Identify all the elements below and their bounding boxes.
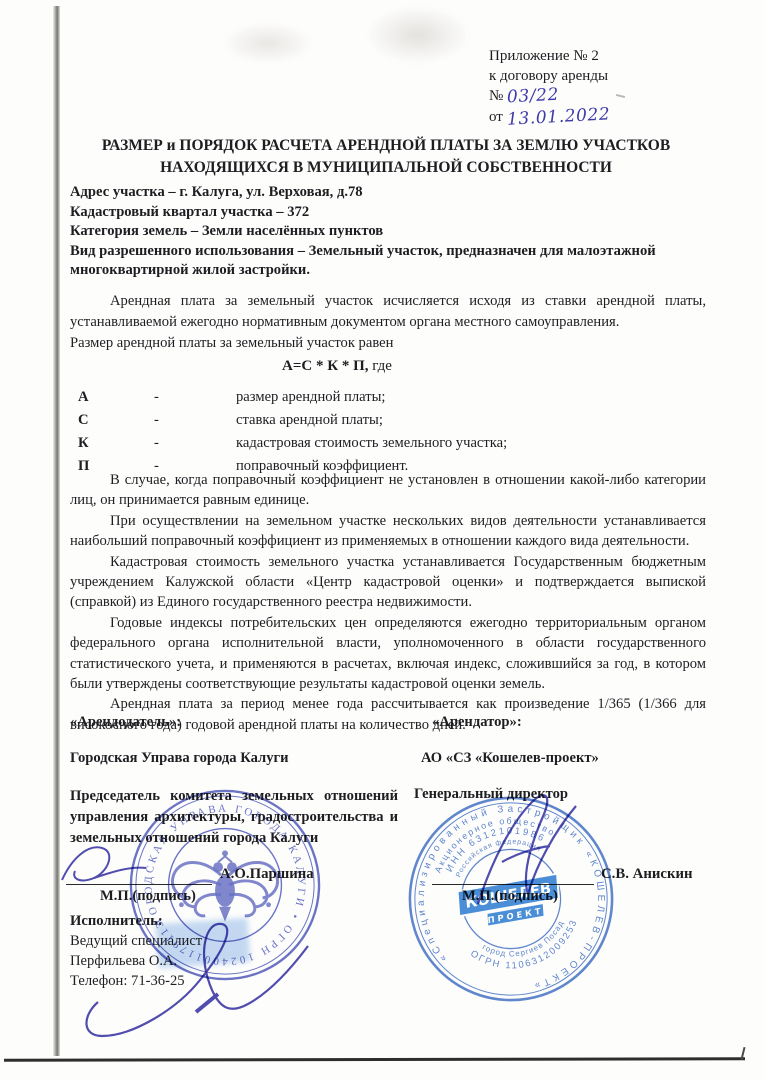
formula-suffix: где (369, 358, 392, 374)
double-eagle-icon (172, 850, 277, 921)
body-paragraph: В случае, когда поправочный коэффициент … (70, 470, 706, 511)
intro-paragraph: Арендная плата за земельный участок исчи… (70, 291, 706, 333)
definition-text: размер арендной платы; (236, 386, 638, 409)
body-paragraphs: В случае, когда поправочный коэффициент … (70, 470, 706, 735)
scan-smudge (222, 22, 314, 64)
definition-dash: - (154, 409, 236, 432)
plot-quarter: Кадастровый квартал участка – 372 (70, 203, 706, 223)
scan-speck (616, 94, 625, 98)
lessee-handwritten-signature (468, 784, 593, 912)
definition-term: С (78, 409, 154, 432)
lessee-label: «Арендатор»: (432, 714, 522, 731)
intro-line2: Размер арендной платы за земельный участ… (70, 333, 706, 354)
lessor-label: «Арендодатель»: (70, 714, 181, 731)
to-contract-line: к договору аренды (489, 67, 610, 87)
definition-dash: - (154, 432, 236, 455)
document-title-line1: РАЗМЕР и ПОРЯДОК РАСЧЕТА АРЕНДНОЙ ПЛАТЫ … (70, 135, 702, 157)
appendix-header: Приложение № 2 к договору аренды № 03/22… (489, 47, 610, 127)
contract-number-label: № (489, 88, 503, 104)
scan-left-edge-line (53, 6, 60, 1056)
contract-date-line: от 13.01.2022 (489, 107, 610, 128)
executor-handwritten-signature (78, 916, 323, 1048)
plot-usage: Вид разрешенного использования – Земельн… (70, 242, 706, 281)
document-page: Приложение № 2 к договору аренды № 03/22… (0, 0, 764, 1080)
formula-expression: А=С * К * П, (282, 358, 369, 374)
contract-number-handwritten: 03/22 (507, 86, 560, 108)
document-title: РАЗМЕР и ПОРЯДОК РАСЧЕТА АРЕНДНОЙ ПЛАТЫ … (70, 135, 702, 178)
body-paragraph: Годовые индексы потребительских цен опре… (70, 613, 706, 695)
definition-dash: - (154, 386, 236, 409)
definition-text: ставка арендной платы; (236, 409, 638, 432)
appendix-number-line: Приложение № 2 (489, 47, 610, 67)
rent-formula: А=С * К * П, где (282, 358, 392, 375)
lessor-handwritten-signature (56, 836, 151, 898)
contract-date-label: от (489, 109, 503, 125)
formula-definitions: А - размер арендной платы; С - ставка ар… (78, 386, 638, 478)
plot-description: Адрес участка – г. Калуга, ул. Верховая,… (70, 183, 706, 281)
lessor-organization: Городская Управа города Калуги (70, 750, 289, 767)
scan-bottom-edge-line (4, 1057, 745, 1062)
contract-number-line: № 03/22 (489, 86, 610, 107)
intro-section: Арендная плата за земельный участок исчи… (70, 291, 706, 354)
contract-date-handwritten: 13.01.2022 (506, 105, 610, 130)
body-paragraph: При осуществлении на земельном участке н… (70, 511, 706, 552)
definition-text: кадастровая стоимость земельного участка… (236, 432, 638, 455)
plot-address: Адрес участка – г. Калуга, ул. Верховая,… (70, 183, 706, 203)
definition-term: А (78, 386, 154, 409)
document-title-line2: НАХОДЯЩИХСЯ В МУНИЦИПАЛЬНОЙ СОБСТВЕННОСТ… (70, 157, 702, 179)
scan-smudge (366, 6, 470, 64)
plot-category: Категория земель – Земли населённых пунк… (70, 222, 706, 242)
definition-term: К (78, 432, 154, 455)
body-paragraph: Кадастровая стоимость земельного участка… (70, 552, 706, 613)
